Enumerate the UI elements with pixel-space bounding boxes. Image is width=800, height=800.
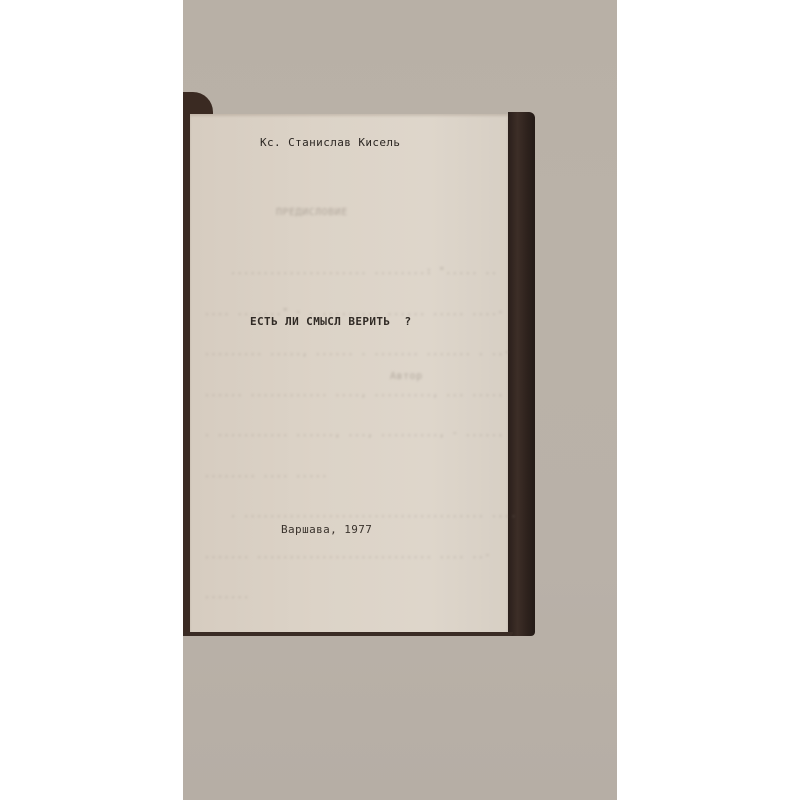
place-and-year: Варшава, 1977 (281, 523, 372, 536)
book-cover-bottom-edge (183, 632, 513, 636)
bleed-through-line: ........ .... ..... (204, 468, 517, 482)
book-photo: ПРЕДИСЛОВИЕ ..................... ......… (183, 0, 617, 800)
bleed-through-line: ....... (204, 589, 517, 603)
bleed-through-paragraph: ..................... ........: "..... .… (204, 238, 517, 630)
title-page: ПРЕДИСЛОВИЕ ..................... ......… (190, 114, 508, 632)
bleed-through-line: ..................... ........: "..... .… (204, 265, 517, 279)
bleed-through-line: . ........... ......, ..., ........., - … (204, 427, 517, 441)
bleed-through-line: ....... ........................... ....… (204, 549, 517, 563)
bleed-through-line: ...... ............ ...., ........., ...… (204, 387, 517, 401)
bleed-through-line: ......... ....., ...... . ....... ......… (204, 346, 517, 360)
bleed-through-line: . ..................................... … (204, 508, 517, 522)
author-line: Кс. Станислав Кисель (260, 136, 400, 149)
book-cover-left-edge (183, 110, 190, 636)
bleed-through-signature: Автор (390, 371, 423, 382)
bleed-through-heading: ПРЕДИСЛОВИЕ (276, 207, 348, 218)
document-title: ЕСТЬ ЛИ СМЫСЛ ВЕРИТЬ ? (250, 315, 412, 328)
